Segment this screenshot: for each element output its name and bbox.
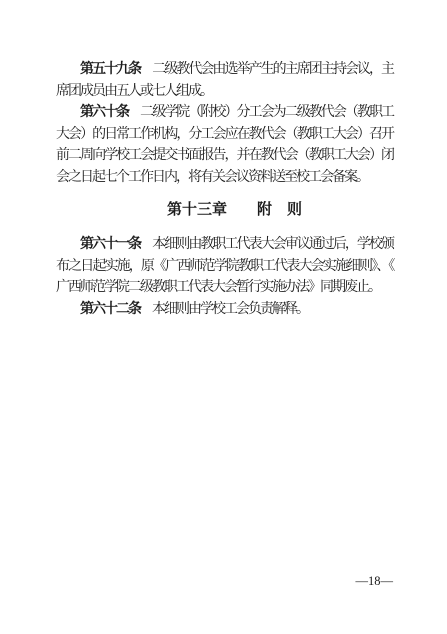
chapter-heading: 第十三章 附 则 bbox=[56, 199, 393, 221]
text-line: 前二周向学校工会提交书面报告，并在教代会（教职工大会）闭 bbox=[56, 145, 393, 167]
text-line: 布之日起实施，原《广西师范学院教职工代表大会实施细则》、《 bbox=[56, 256, 393, 278]
article-text: 二级学院（附校）分工会为二级教代会（教职工 bbox=[140, 105, 393, 120]
article-number: 第六十二条 bbox=[80, 302, 140, 317]
text-line: 大会）的日常工作机构，分工会应在教代会（教职工大会）召开 bbox=[56, 124, 393, 146]
article-text: 广西师范学院二级教职工代表大会暂行实施办法》同期废止。 bbox=[56, 280, 380, 295]
article-text: 本细则由教职工代表大会审议通过后，学校颁 bbox=[152, 237, 393, 252]
text-line: 第六十二条本细则由学校工会负责解释。 bbox=[56, 299, 393, 321]
text-line: 第六十一条本细则由教职工代表大会审议通过后，学校颁 bbox=[56, 234, 393, 256]
article-text: 大会）的日常工作机构，分工会应在教代会（教职工大会）召开 bbox=[56, 127, 393, 142]
article-text: 布之日起实施，原《广西师范学院教职工代表大会实施细则》、《 bbox=[56, 259, 393, 274]
article-number: 第六十条 bbox=[80, 105, 128, 120]
article-text: 本细则由学校工会负责解释。 bbox=[152, 302, 308, 317]
text-line: 会之日起七个工作日内，将有关会议资料送至校工会备案。 bbox=[56, 167, 393, 189]
article-text: 席团成员由五人或七人组成。 bbox=[56, 84, 212, 99]
text-line: 第五十九条二级教代会由选举产生的主席团主持会议，主 bbox=[56, 59, 393, 81]
article-number: 第五十九条 bbox=[80, 62, 140, 77]
text-line: 广西师范学院二级教职工代表大会暂行实施办法》同期废止。 bbox=[56, 277, 393, 299]
page-number: —18— bbox=[356, 574, 394, 589]
article-text: 二级教代会由选举产生的主席团主持会议，主 bbox=[152, 62, 393, 77]
article-number: 第六十一条 bbox=[80, 237, 140, 252]
text-line: 席团成员由五人或七人组成。 bbox=[56, 81, 393, 103]
text-line: 第六十条二级学院（附校）分工会为二级教代会（教职工 bbox=[56, 102, 393, 124]
article-text: 前二周向学校工会提交书面报告，并在教代会（教职工大会）闭 bbox=[56, 148, 393, 163]
article-text: 会之日起七个工作日内，将有关会议资料送至校工会备案。 bbox=[56, 170, 368, 185]
document-body: 第五十九条二级教代会由选举产生的主席团主持会议，主 席团成员由五人或七人组成。 … bbox=[56, 59, 393, 320]
document-page: 第五十九条二级教代会由选举产生的主席团主持会议，主 席团成员由五人或七人组成。 … bbox=[0, 0, 447, 634]
